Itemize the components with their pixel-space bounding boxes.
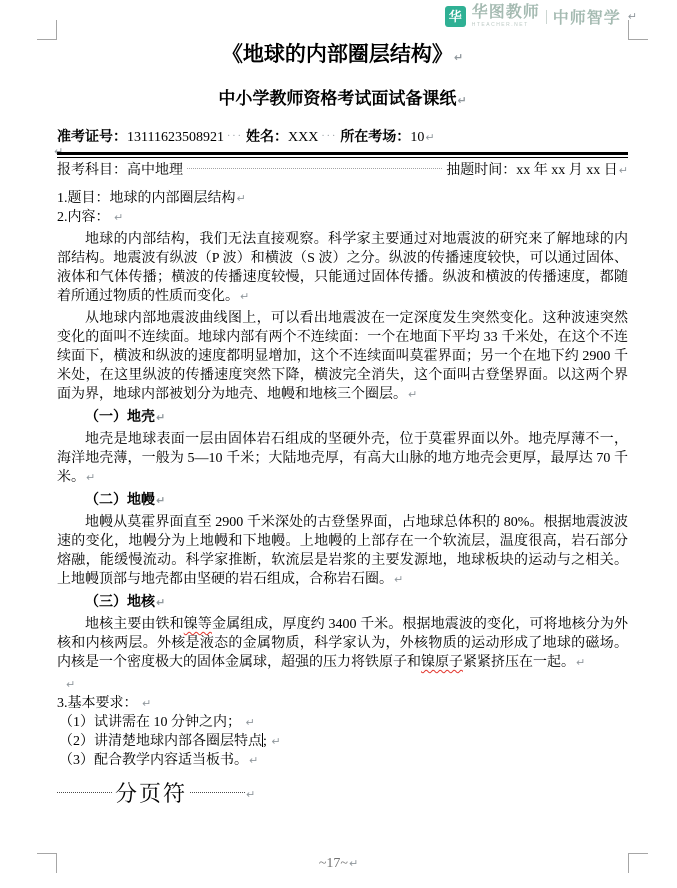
return-mark: ↵ [425,131,434,144]
paragraph-seismic-waves: 地球的内部结构，我们无法直接观察。科学家主要通过对地震波的研究来了解地球的内部结… [57,230,628,306]
requirement-text: （2）讲清楚地球内部各圈层特点 [59,734,262,749]
return-mark: ↵ [54,145,63,158]
space-marks: ··· [227,131,243,142]
requirements-label-text: 3.基本要求： [57,696,138,711]
room-label: 所在考场： [340,130,410,145]
dotted-leader [187,168,442,169]
return-mark: ↵ [454,51,463,64]
section-heading-crust: （一）地壳↵ [57,408,628,427]
admission-label: 准考证号： [57,130,127,145]
body-text: 1.题目：地球的内部圈层结构↵ 2.内容： ↵ 地球的内部结构，我们无法直接观察… [57,189,628,808]
question-line: 1.题目：地球的内部圈层结构↵ [57,189,628,208]
subject-value: 高中地理 [127,162,183,180]
spellcheck-wavy-word: 镍原子 [421,655,463,670]
paragraph-text: 紧紧挤压在一起。 [463,655,575,670]
subject-label: 报考科目： [57,162,127,180]
paragraph-text: 从地球内部地震波曲线图上，可以看出地震波在一定深度发生突然变化。这种波速突然变化… [57,311,628,402]
page-number-text: ~17~ [319,856,348,871]
section-heading-text: （三）地核 [85,595,155,610]
room-value: 10 [410,130,424,145]
requirement-line-2: （2）讲清楚地球内部各圈层特点; ↵ [57,732,628,751]
return-mark: ↵ [457,94,466,107]
paragraph-text: 地核主要由铁和 [85,617,184,632]
paragraph-mantle: 地幔从莫霍界面直至 2900 千米深处的古登堡界面，占地球总体积的 80%。根据… [57,513,628,589]
draw-time-label: 抽题时间： [446,162,516,180]
name-label: 姓名： [246,130,288,145]
doc-subtitle-text: 中小学教师资格考试面试备课纸 [218,89,456,108]
return-mark: ↵ [246,788,255,801]
return-mark: ↵ [156,596,165,609]
return-mark: ↵ [408,388,417,401]
section-heading-text: （一）地壳 [85,410,155,425]
content-label-line: 2.内容： ↵ [57,208,628,227]
requirement-text: （3）配合教学内容适当板书。 [59,753,248,768]
page-break-dots-left [57,792,112,793]
content-label-text: 2.内容： [57,210,110,225]
return-mark: ↵ [240,290,249,303]
document-content: 《地球的内部圈层结构》↵ 中小学教师资格考试面试备课纸↵ 准考证号：131116… [57,0,628,808]
draw-time-value: xx 年 xx 月 xx 日 [516,162,618,180]
return-mark: ↵ [66,678,75,691]
crop-mark-top-left [37,20,57,40]
return-mark: ↵ [628,10,637,23]
requirement-line-3: （3）配合教学内容适当板书。↵ [57,751,628,770]
section-heading-text: （二）地幔 [85,493,155,508]
requirement-text: ; [263,734,267,749]
doc-title-text: 《地球的内部圈层结构》 [222,42,453,66]
return-mark: ↵ [619,162,628,180]
return-mark: ↵ [156,411,165,424]
return-mark: ↵ [114,211,123,224]
requirement-text: （1）试讲需在 10 分钟之内； [59,715,241,730]
page-break-dots-right [190,792,245,793]
paragraph-core: 地核主要由铁和镍等金属组成，厚度约 3400 千米。根据地震波的变化，可将地核分… [57,615,628,672]
section-heading-mantle: （二）地幔↵ [57,491,628,510]
return-mark: ↵ [86,471,95,484]
section-heading-core: （三）地核↵ [57,593,628,612]
double-rule: ↵ [57,152,628,158]
empty-paragraph: ↵ [57,675,628,694]
return-mark: ↵ [246,716,255,729]
return-mark: ↵ [142,697,151,710]
space-marks: ··· [321,131,337,142]
paragraph-discontinuities: 从地球内部地震波曲线图上，可以看出地震波在一定深度发生突然变化。这种波速突然变化… [57,309,628,404]
doc-subtitle: 中小学教师资格考试面试备课纸↵ [57,88,628,112]
document-page: 华 华图教师 HTEACHER.NET 中师智学 ↵ 《地球的内部圈层结构》↵ … [0,0,677,888]
paragraph-text: 地球的内部结构，我们无法直接观察。科学家主要通过对地震波的研究来了解地球的内部结… [57,232,628,304]
page-break-label: 分页符 [112,780,190,808]
return-mark: ↵ [237,192,246,205]
return-mark: ↵ [394,573,403,586]
requirement-line-1: （1）试讲需在 10 分钟之内； ↵ [57,713,628,732]
doc-title: 《地球的内部圈层结构》↵ [57,40,628,72]
paragraph-crust: 地壳是地球表面一层由固体岩石组成的坚硬外壳，位于莫霍界面以外。地壳厚薄不一，海洋… [57,430,628,487]
return-mark: ↵ [271,735,280,748]
return-mark: ↵ [349,857,358,870]
page-break-marker: 分页符 ↵ [57,780,628,808]
admission-info-row: 准考证号：13111623508921···姓名：XXX···所在考场：10↵ [57,128,628,147]
return-mark: ↵ [576,656,585,669]
page-number: ~17~↵ [0,856,677,872]
return-mark: ↵ [156,494,165,507]
requirements-label-line: 3.基本要求： ↵ [57,694,628,713]
admission-value: 13111623508921 [127,130,224,145]
spellcheck-wavy-word: 镍等 [184,617,212,632]
name-value: XXX [288,130,318,145]
paragraph-text: 地幔从莫霍界面直至 2900 千米深处的古登堡界面，占地球总体积的 80%。根据… [57,515,628,587]
subject-row: 报考科目：高中地理 抽题时间：xx 年 xx 月 xx 日↵ [57,162,628,180]
return-mark: ↵ [249,754,258,767]
question-line-text: 1.题目：地球的内部圈层结构 [57,191,236,206]
paragraph-text: 地壳是地球表面一层由固体岩石组成的坚硬外壳，位于莫霍界面以外。地壳厚薄不一，海洋… [57,432,628,485]
